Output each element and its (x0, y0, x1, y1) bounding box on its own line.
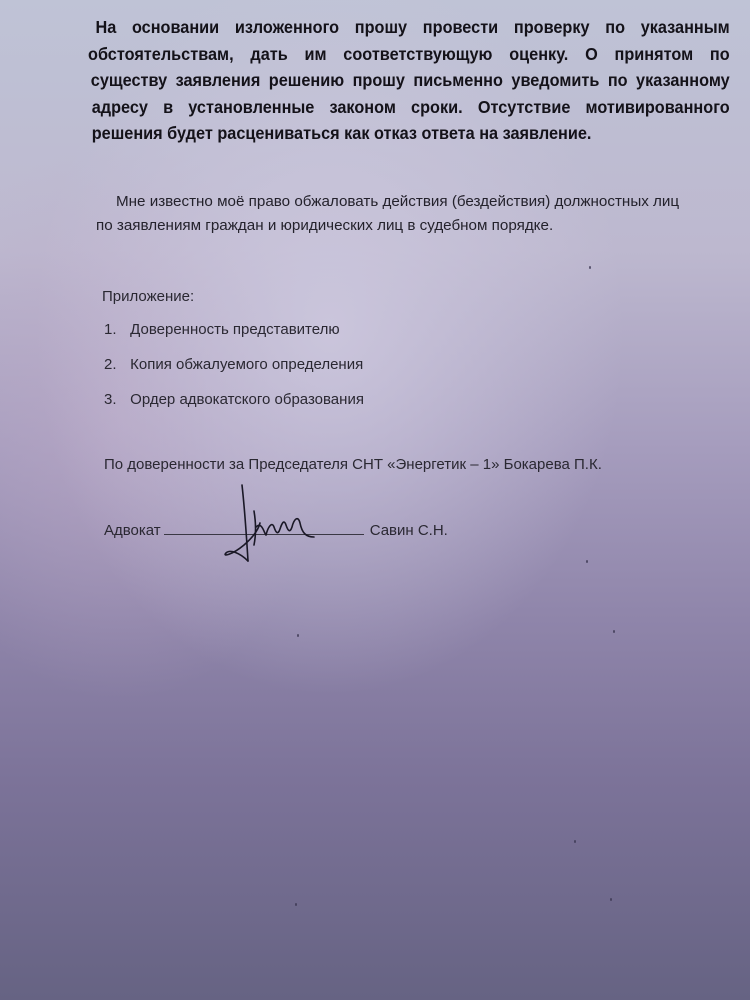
appendix-item: 2. Копия обжалуемого определения (104, 355, 746, 390)
appendix-item: 1. Доверенность представителю (104, 320, 746, 355)
appendix-item-label: Доверенность представителю (130, 321, 339, 338)
paper-speck (613, 630, 615, 633)
request-line: существу заявления решению прошу письмен… (88, 67, 730, 94)
paper-speck (589, 266, 591, 269)
appendix-list: 1. Доверенность представителю 2. Копия о… (104, 320, 746, 425)
appendix-item-number: 1. (104, 320, 126, 340)
signer-role: Адвокат (104, 522, 161, 539)
paper-speck (295, 903, 297, 906)
request-line: адресу в установленные законом сроки. От… (88, 94, 730, 121)
document-page: На основании изложенного прошу провести … (0, 0, 750, 1000)
paper-speck (610, 898, 612, 901)
proxy-statement: По доверенности за Председателя СНТ «Эне… (104, 456, 724, 473)
appendix-item-label: Копия обжалуемого определения (130, 356, 363, 373)
rights-line: по заявлениям граждан и юридических лиц … (96, 214, 750, 238)
appendix-title: Приложение: (102, 288, 744, 305)
request-line: решения будет расцениваться как отказ от… (88, 120, 730, 147)
request-paragraph: На основании изложенного прошу провести … (88, 14, 730, 147)
request-line: На основании изложенного прошу провести … (88, 14, 730, 41)
appendix-item: 3. Ордер адвокатского образования (104, 390, 746, 425)
request-line: обстоятельствам, дать им соответствующую… (88, 41, 730, 68)
signer-name: Савин С.Н. (370, 522, 448, 539)
appendix-item-number: 2. (104, 355, 126, 375)
rights-paragraph: Мне известно моё право обжаловать действ… (96, 190, 750, 238)
handwritten-signature-icon (222, 483, 322, 568)
signature-row: Адвокат Савин С.Н. (104, 520, 604, 539)
paper-speck (297, 634, 299, 637)
paper-speck (586, 560, 588, 563)
appendix-item-label: Ордер адвокатского образования (130, 391, 364, 408)
rights-line: Мне известно моё право обжаловать действ… (96, 190, 750, 214)
appendix-item-number: 3. (104, 390, 126, 410)
paper-speck (574, 840, 576, 843)
